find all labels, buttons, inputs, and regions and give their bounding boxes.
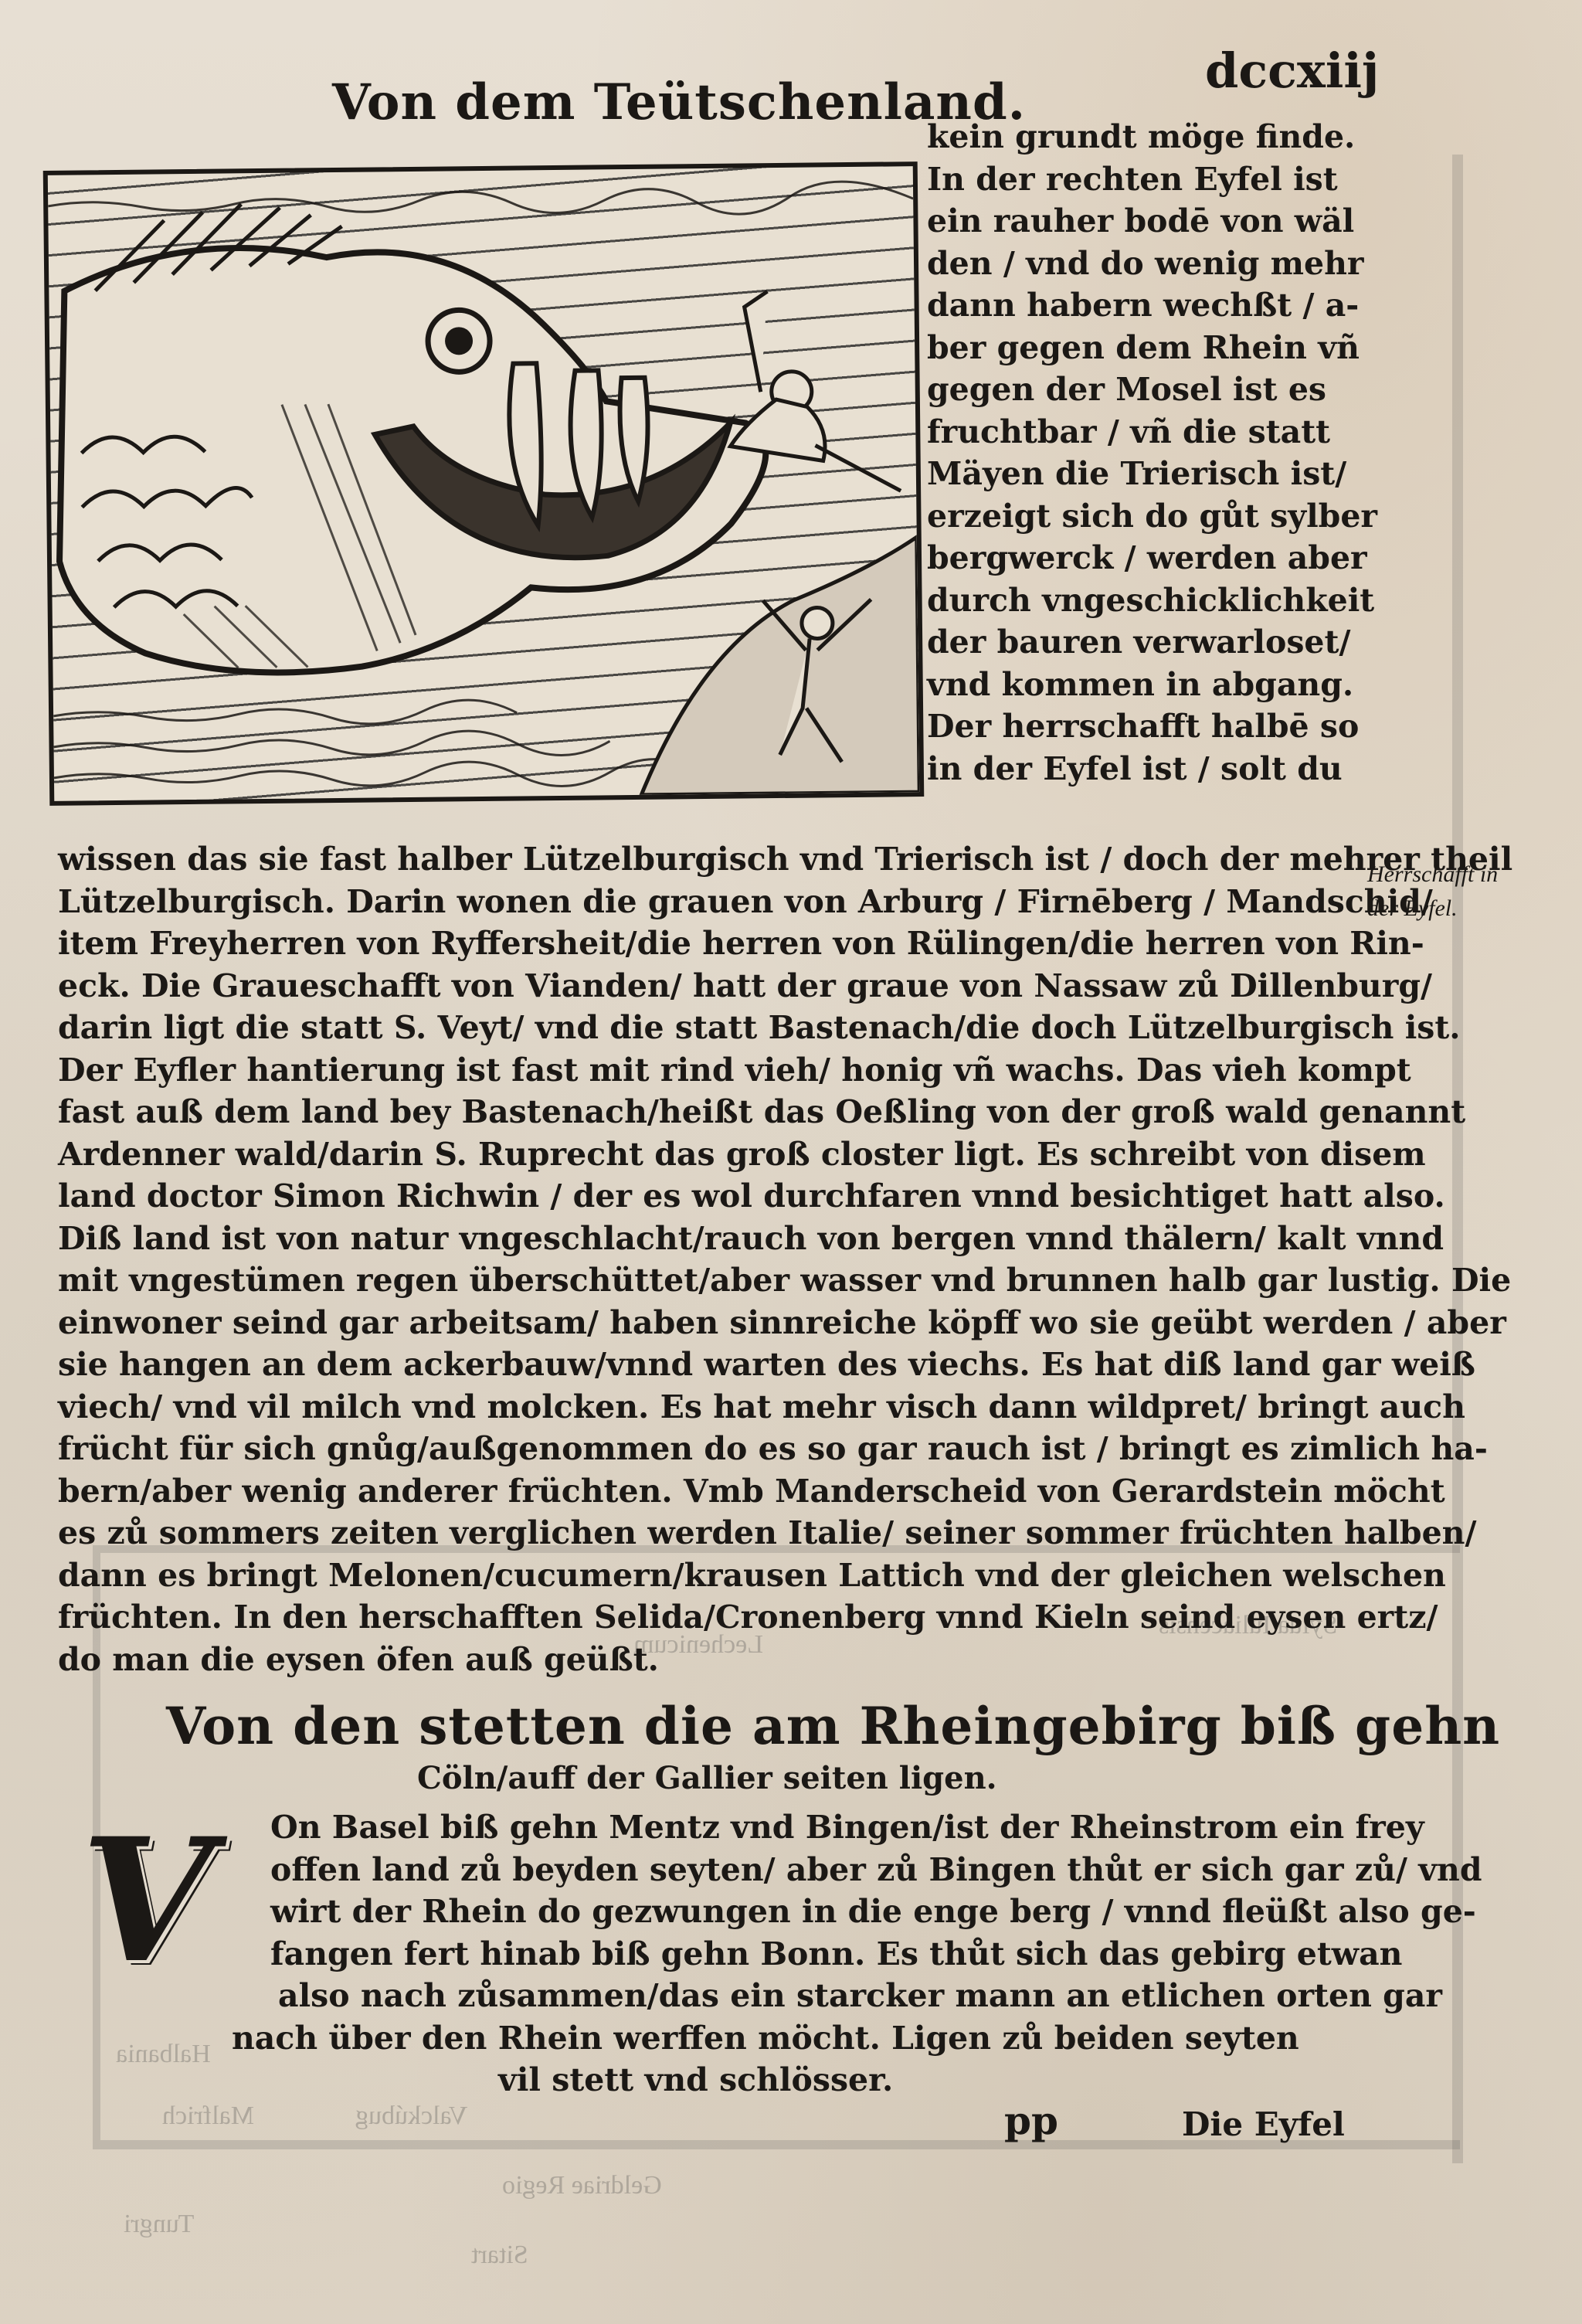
text-line: Der herrschafft halbē so — [927, 705, 1375, 748]
text-line: durch vngeschicklichkeit — [927, 579, 1375, 622]
margin-note-line: der Eyfel. — [1367, 892, 1498, 926]
text-line: ber gegen dem Rhein vñ — [927, 327, 1375, 369]
text-line: item Freyherren von Ryffersheit/die herr… — [58, 922, 1371, 965]
margin-note-line: Herrschafft in — [1367, 858, 1498, 892]
text-line: offen land zů beyden seyten/ aber zů Bin… — [270, 1849, 1582, 1891]
text-line: eck. Die Graueschafft von Vianden/ hatt … — [58, 965, 1371, 1007]
text-line: der bauren verwarloset/ — [927, 621, 1375, 664]
text-line: darin ligt die statt S. Veyt/ vnd die st… — [58, 1007, 1371, 1049]
text-line: es zů sommers zeiten verglichen werden I… — [58, 1512, 1371, 1554]
text-line: den / vnd do wenig mehr — [927, 243, 1375, 285]
text-line: Ardenner wald/darin S. Ruprecht das groß… — [58, 1133, 1371, 1176]
bleed-label: Malfrich — [162, 2101, 254, 2131]
text-line: kein grundt möge finde. — [927, 116, 1375, 158]
text-line: in der Eyfel ist / solt du — [927, 748, 1375, 790]
text-line: wirt der Rhein do gezwungen in die enge … — [270, 1891, 1582, 1933]
book-page: Sylua Iuliacensis Lechenicum Halbania Va… — [0, 0, 1582, 2324]
catchword: Die Eyfel — [1182, 2105, 1345, 2143]
text-line: dann habern wechßt / a- — [927, 284, 1375, 327]
text-line: Diß land ist von natur vngeschlacht/rauc… — [58, 1218, 1371, 1260]
bleed-label: Geldriae Regio — [502, 2171, 662, 2200]
text-line: bergwerck / werden aber — [927, 537, 1375, 579]
text-line: mit vngestümen regen überschüttet/aber w… — [58, 1259, 1371, 1302]
bleed-label: Tungri — [124, 2210, 194, 2239]
text-line: wissen das sie fast halber Lützelburgisc… — [58, 838, 1371, 881]
text-line: also nach zůsammen/das ein starcker mann… — [278, 1975, 1582, 2017]
text-line: fast auß dem land bey Bastenach/heißt da… — [58, 1091, 1371, 1133]
section-subheading: Cöln/auff der Gallier seiten ligen. — [417, 1760, 997, 1796]
text-line: Mäyen die Trierisch ist/ — [927, 453, 1375, 495]
sea-monster-woodcut — [43, 161, 925, 806]
text-line: bern/aber wenig anderer früchten. Vmb Ma… — [58, 1470, 1371, 1513]
text-line: fangen fert hinab biß gehn Bonn. Es thůt… — [270, 1933, 1582, 1976]
text-line: vil stett vnd schlösser. — [498, 2059, 1582, 2101]
bleed-label: Sitart — [471, 2241, 528, 2270]
text-line: In der rechten Eyfel ist — [927, 158, 1375, 201]
body-paragraph: wissen das sie fast halber Lützelburgisc… — [58, 838, 1371, 1680]
text-line: Lützelburgisch. Darin wonen die grauen v… — [58, 881, 1371, 923]
text-line: erzeigt sich do gůt sylber — [927, 495, 1375, 538]
bleed-label: Valckúbug — [355, 2101, 467, 2131]
running-head: Von dem Teütschenland. — [332, 73, 1026, 131]
text-line: nach über den Rhein werffen möcht. Ligen… — [232, 2017, 1582, 2060]
text-line: frücht für sich gnůg/außgenommen do es s… — [58, 1428, 1371, 1470]
margin-note: Herrschafft in der Eyfel. — [1367, 858, 1498, 926]
section-heading: Von den stetten die am Rheingebirg biß g… — [166, 1696, 1500, 1756]
text-line: früchten. In den herschafften Selida/Cro… — [58, 1596, 1371, 1639]
text-line: viech/ vnd vil milch vnd molcken. Es hat… — [58, 1386, 1371, 1429]
text-line: fruchtbar / vñ die statt — [927, 411, 1375, 454]
column-text: kein grundt möge finde. In der rechten E… — [927, 116, 1375, 790]
text-line: einwoner seind gar arbeitsam/ haben sinn… — [58, 1302, 1371, 1344]
signature-mark: pp — [1004, 2098, 1058, 2143]
text-line: sie hangen an dem ackerbauw/vnnd warten … — [58, 1344, 1371, 1386]
text-line: ein rauher bodē von wäl — [927, 200, 1375, 243]
text-line: Der Eyfler hantierung ist fast mit rind … — [58, 1049, 1371, 1092]
text-line: dann es bringt Melonen/cucumern/krausen … — [58, 1554, 1371, 1597]
sea-monster-illustration-icon — [48, 166, 919, 801]
text-line: vnd kommen in abgang. — [927, 664, 1375, 706]
text-line: gegen der Mosel ist es — [927, 369, 1375, 411]
section-body: On Basel biß gehn Mentz vnd Bingen/ist d… — [0, 1806, 1582, 2101]
text-line: On Basel biß gehn Mentz vnd Bingen/ist d… — [270, 1806, 1582, 1849]
text-line: land doctor Simon Richwin / der es wol d… — [58, 1175, 1371, 1218]
text-line: do man die eysen öfen auß geüßt. — [58, 1639, 1371, 1681]
folio-number: dccxiij — [1205, 42, 1379, 99]
